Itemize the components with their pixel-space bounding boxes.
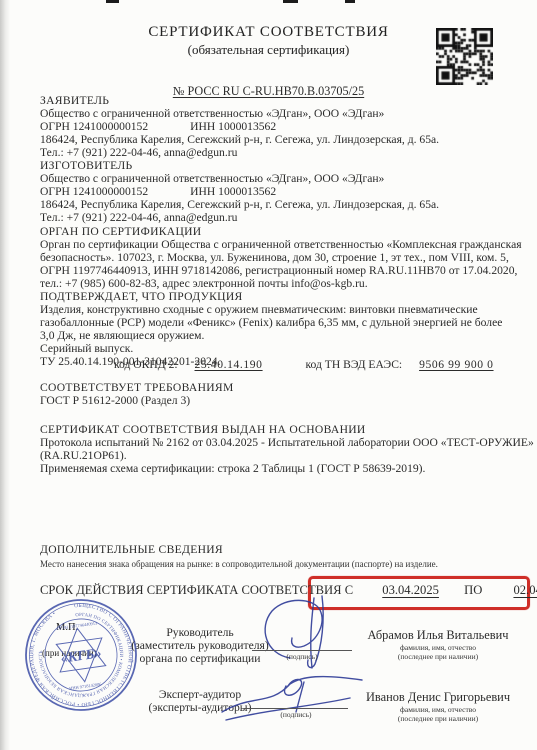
tnved-label: код ТН ВЭД ЕАЭС: bbox=[306, 358, 403, 371]
applicant-address: 186424, Республика Карелия, Сегежский р-… bbox=[40, 133, 518, 146]
applicant-section: ЗАЯВИТЕЛЬ Общество с ограниченной ответс… bbox=[40, 94, 518, 159]
scan-artifact bbox=[345, 0, 355, 3]
scan-artifact bbox=[283, 0, 298, 3]
applicant-contact: Тел.: +7 (921) 222-04-46, anna@edgun.ru bbox=[40, 146, 518, 159]
applicant-name: Общество с ограниченной ответственностью… bbox=[40, 107, 518, 120]
product-line: газобаллонные (PCP) модели «Феникс» (Fen… bbox=[40, 316, 518, 329]
additional-info-section: ДОПОЛНИТЕЛЬНЫЕ СВЕДЕНИЯ Место нанесения … bbox=[40, 543, 518, 570]
basis-line: Применяемая схема сертификации: строка 2… bbox=[40, 462, 518, 475]
applicant-ogrn-inn: ОГРН 1241000000152ИНН 1000013562 bbox=[40, 120, 518, 133]
product-line: Изделия, конструктивно сходные с оружием… bbox=[40, 303, 518, 316]
qr-code bbox=[436, 28, 493, 85]
certification-body-line: тел.: +7 (985) 600-82-83, адрес электрон… bbox=[40, 277, 518, 290]
product-section: ПОДТВЕРЖДАЕТ, ЧТО ПРОДУКЦИЯ Изделия, кон… bbox=[40, 290, 518, 368]
okpd-label: код ОКПД 2: bbox=[114, 358, 178, 371]
manufacturer-heading: ИЗГОТОВИТЕЛЬ bbox=[40, 159, 518, 172]
manufacturer-contact: Тел.: +7 (921) 222-04-46, anna@edgun.ru bbox=[40, 211, 518, 224]
additional-info-heading: ДОПОЛНИТЕЛЬНЫЕ СВЕДЕНИЯ bbox=[40, 543, 518, 556]
validity-conjunction: ПО bbox=[464, 583, 482, 597]
applicant-heading: ЗАЯВИТЕЛЬ bbox=[40, 94, 518, 107]
product-heading: ПОДТВЕРЖДАЕТ, ЧТО ПРОДУКЦИЯ bbox=[40, 290, 518, 303]
okpd-value: 25.40.14.190 bbox=[195, 358, 263, 371]
certification-body-line: безопасность». 107023, г. Москва, ул. Бу… bbox=[40, 251, 518, 264]
manufacturer-ogrn-inn: ОГРН 1241000000152ИНН 1000013562 bbox=[40, 185, 518, 198]
certification-body-section: ОРГАН ПО СЕРТИФИКАЦИИ Орган по сертифика… bbox=[40, 225, 518, 290]
signer-name-head: Абрамов Илья Витальевич фамилия, имя, от… bbox=[348, 628, 528, 661]
basis-heading: СЕРТИФИКАТ СООТВЕТСТВИЯ ВЫДАН НА ОСНОВАН… bbox=[40, 423, 518, 436]
validity-date-from: 03.04.2025 bbox=[382, 583, 439, 597]
certification-body-heading: ОРГАН ПО СЕРТИФИКАЦИИ bbox=[40, 225, 518, 238]
compliance-heading: СООТВЕТСТВУЕТ ТРЕБОВАНИЯМ bbox=[40, 381, 518, 394]
product-line: Серийный выпуск. bbox=[40, 342, 518, 355]
compliance-section: СООТВЕТСТВУЕТ ТРЕБОВАНИЯМ ГОСТ Р 51612-2… bbox=[40, 381, 518, 407]
manufacturer-section: ИЗГОТОВИТЕЛЬ Общество с ограниченной отв… bbox=[40, 159, 518, 224]
scan-edge-shade bbox=[0, 0, 10, 750]
codes-row: код ОКПД 2: 25.40.14.190 код ТН ВЭД ЕАЭС… bbox=[40, 358, 518, 371]
signature-caption: (подпись) bbox=[244, 710, 348, 719]
compliance-standard: ГОСТ Р 51612-2000 (Раздел 3) bbox=[40, 394, 518, 407]
product-line: 3,0 Дж, не являющиеся оружием. bbox=[40, 329, 518, 342]
stamp-center-text: «КГБ» bbox=[60, 646, 103, 667]
signature-line bbox=[252, 650, 352, 651]
certification-body-line: ОГРН 1197746440913, ИНН 9718142086, реги… bbox=[40, 264, 518, 277]
certification-body-line: Орган по сертификации Общества с огранич… bbox=[40, 238, 518, 251]
tnved-value: 9506 99 900 0 bbox=[419, 358, 493, 371]
signer-name-expert: Иванов Денис Григорьевич фамилия, имя, о… bbox=[348, 690, 528, 723]
validity-date-to: 02.04.2026 bbox=[513, 583, 537, 597]
scan-artifact bbox=[106, 0, 119, 3]
signature-caption: (подпись) bbox=[252, 652, 352, 661]
basis-section: СЕРТИФИКАТ СООТВЕТСТВИЯ ВЫДАН НА ОСНОВАН… bbox=[40, 423, 518, 475]
basis-line: Протокола испытаний № 2162 от 03.04.2025… bbox=[40, 436, 518, 449]
manufacturer-address: 186424, Республика Карелия, Сегежский р-… bbox=[40, 198, 518, 211]
manufacturer-name: Общество с ограниченной ответственностью… bbox=[40, 172, 518, 185]
additional-info-note: Место нанесения знака обращения на рынке… bbox=[40, 559, 518, 570]
certificate-page: СЕРТИФИКАТ СООТВЕТСТВИЯ (обязательная се… bbox=[0, 0, 537, 750]
basis-line: (RA.RU.21ОР61). bbox=[40, 449, 518, 462]
signature-line bbox=[244, 708, 348, 709]
